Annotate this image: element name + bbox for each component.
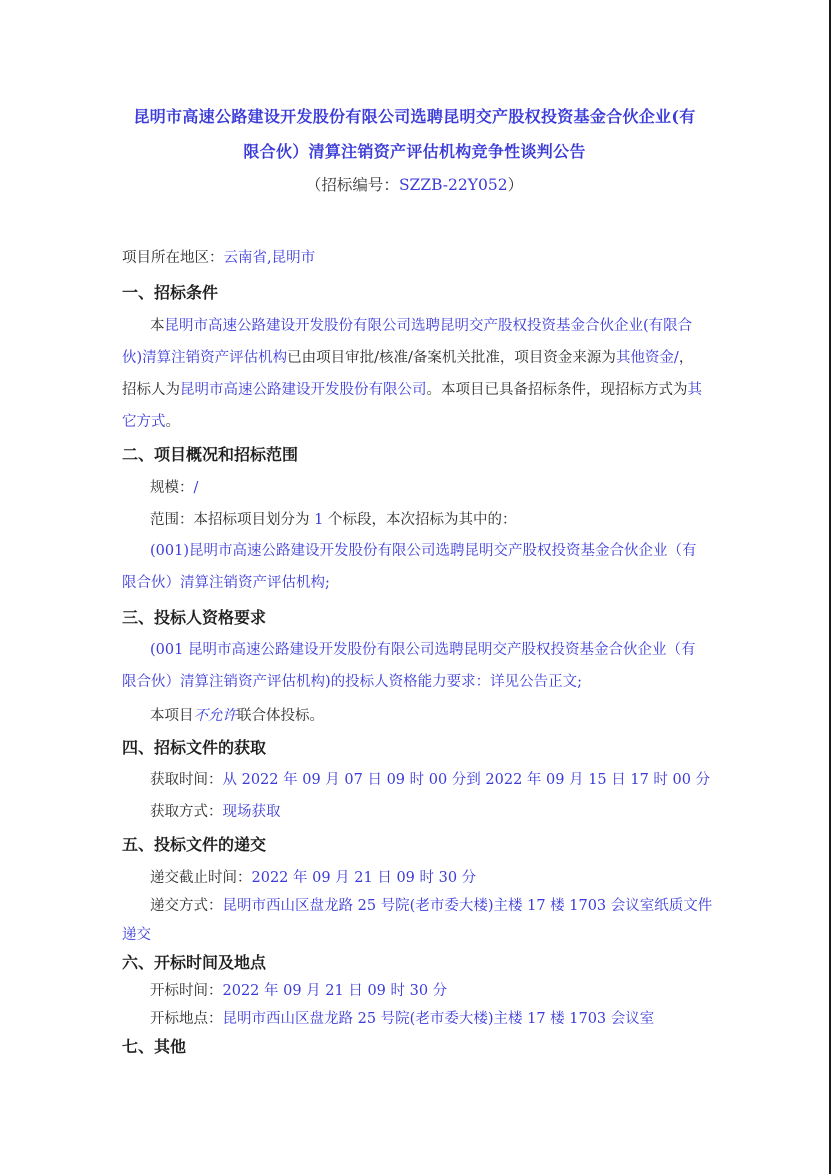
consortium-line: 本项目不允许联合体投标。 — [150, 706, 324, 726]
region-value: 云南省,昆明市 — [224, 250, 316, 266]
obtain-method-value: 现场获取 — [223, 804, 281, 820]
range-label: 范围：本招标项目划分为 — [150, 512, 310, 528]
section1-line-1: 本昆明市高速公路建设开发股份有限公司选聘昆明交产股权投资基金合伙企业(有限合 — [150, 316, 692, 336]
range-line: 范围：本招标项目划分为 1 个标段，本次招标为其中的： — [150, 510, 516, 530]
section-heading-6: 六、开标时间及地点 — [122, 953, 266, 973]
obtain-method-line: 获取方式：现场获取 — [150, 802, 281, 822]
title-line-2: 限合伙）清算注销资产评估机构竞争性谈判公告 — [0, 142, 829, 162]
tender-code-value: SZZB-22Y052 — [399, 176, 508, 194]
submit-method-label: 递交方式： — [150, 898, 223, 914]
submit-method-line-2: 递交 — [122, 925, 151, 945]
scale-line: 规模：/ — [150, 478, 198, 498]
lot-line-2: 限合伙）清算注销资产评估机构; — [122, 573, 330, 593]
lot-line-1: (001)昆明市高速公路建设开发股份有限公司选聘昆明交产股权投资基金合伙企业（有 — [150, 541, 697, 561]
section1-line-4: 它方式。 — [122, 412, 180, 432]
text: 本项目 — [150, 708, 194, 724]
text: 。本项目已具备招标条件，现招标方式为 — [427, 382, 688, 398]
deadline-value: 2022 年 09 月 21 日 09 时 30 分 — [252, 870, 477, 886]
obtain-time-line: 获取时间：从 2022 年 09 月 07 日 09 时 00 分到 2022 … — [150, 770, 710, 790]
scale-label: 规模： — [150, 480, 194, 496]
obtain-time-value: 从 2022 年 09 月 07 日 09 时 00 分到 2022 年 09 … — [223, 772, 711, 788]
tender-code-prefix: （招标编号： — [306, 176, 399, 194]
text: 。 — [166, 414, 181, 430]
submit-method-line-1: 递交方式：昆明市西山区盘龙路 25 号院(老市委大楼)主楼 17 楼 1703 … — [150, 896, 712, 916]
requirement-line-2: 限合伙）清算注销资产评估机构)的投标人资格能力要求：详见公告正文; — [122, 672, 582, 692]
project-name-cont: 伙)清算注销资产评估机构 — [122, 350, 287, 366]
section1-line-2: 伙)清算注销资产评估机构已由项目审批/核准/备案机关批准，项目资金来源为其他资金… — [122, 348, 693, 368]
tender-method-cont: 它方式 — [122, 414, 166, 430]
tender-method: 其 — [688, 382, 703, 398]
project-region: 项目所在地区：云南省,昆明市 — [122, 248, 315, 268]
tender-code: （招标编号：SZZB-22Y052） — [0, 175, 829, 195]
consortium-value: 不允许 — [194, 708, 238, 724]
text: 已由项目审批/核准/备案机关批准，项目资金来源为 — [287, 350, 616, 366]
section-heading-5: 五、投标文件的递交 — [122, 835, 266, 855]
deadline-label: 递交截止时间： — [150, 870, 252, 886]
lot-count: 1 — [314, 512, 323, 528]
region-label: 项目所在地区： — [122, 250, 224, 266]
opening-time-label: 开标时间： — [150, 983, 223, 999]
tenderer-name: 昆明市高速公路建设开发股份有限公司 — [180, 382, 427, 398]
project-name: 昆明市高速公路建设开发股份有限公司选聘昆明交产股权投资基金合伙企业(有限合 — [165, 318, 693, 334]
section-heading-2: 二、项目概况和招标范围 — [122, 445, 298, 465]
scale-value: / — [194, 480, 199, 496]
opening-time-value: 2022 年 09 月 21 日 09 时 30 分 — [223, 983, 448, 999]
submit-method-value: 昆明市西山区盘龙路 25 号院(老市委大楼)主楼 17 楼 1703 会议室纸质… — [223, 898, 713, 914]
range-rest: 个标段，本次招标为其中的： — [328, 512, 517, 528]
deadline-line: 递交截止时间：2022 年 09 月 21 日 09 时 30 分 — [150, 868, 476, 888]
section-heading-3: 三、投标人资格要求 — [122, 608, 266, 628]
text: 招标人为 — [122, 382, 180, 398]
section-heading-7: 七、其他 — [122, 1037, 186, 1057]
opening-place-label: 开标地点： — [150, 1011, 223, 1027]
section-heading-1: 一、招标条件 — [122, 283, 218, 303]
text: ， — [679, 350, 694, 366]
text: 本 — [150, 318, 165, 334]
document-page: 昆明市高速公路建设开发股份有限公司选聘昆明交产股权投资基金合伙企业(有 限合伙）… — [0, 0, 829, 1174]
opening-time-line: 开标时间：2022 年 09 月 21 日 09 时 30 分 — [150, 981, 447, 1001]
obtain-time-label: 获取时间： — [150, 772, 223, 788]
obtain-method-label: 获取方式： — [150, 804, 223, 820]
fund-source: 其他资金/ — [616, 350, 679, 366]
tender-code-suffix: ） — [508, 176, 524, 194]
text: 联合体投标。 — [237, 708, 324, 724]
section-heading-4: 四、招标文件的获取 — [122, 738, 266, 758]
opening-place-line: 开标地点：昆明市西山区盘龙路 25 号院(老市委大楼)主楼 17 楼 1703 … — [150, 1009, 654, 1029]
title-line-1: 昆明市高速公路建设开发股份有限公司选聘昆明交产股权投资基金合伙企业(有 — [0, 107, 829, 127]
requirement-line-1: (001 昆明市高速公路建设开发股份有限公司选聘昆明交产股权投资基金合伙企业（有 — [150, 640, 695, 660]
opening-place-value: 昆明市西山区盘龙路 25 号院(老市委大楼)主楼 17 楼 1703 会议室 — [223, 1011, 655, 1027]
section1-line-3: 招标人为昆明市高速公路建设开发股份有限公司。本项目已具备招标条件，现招标方式为其 — [122, 380, 702, 400]
